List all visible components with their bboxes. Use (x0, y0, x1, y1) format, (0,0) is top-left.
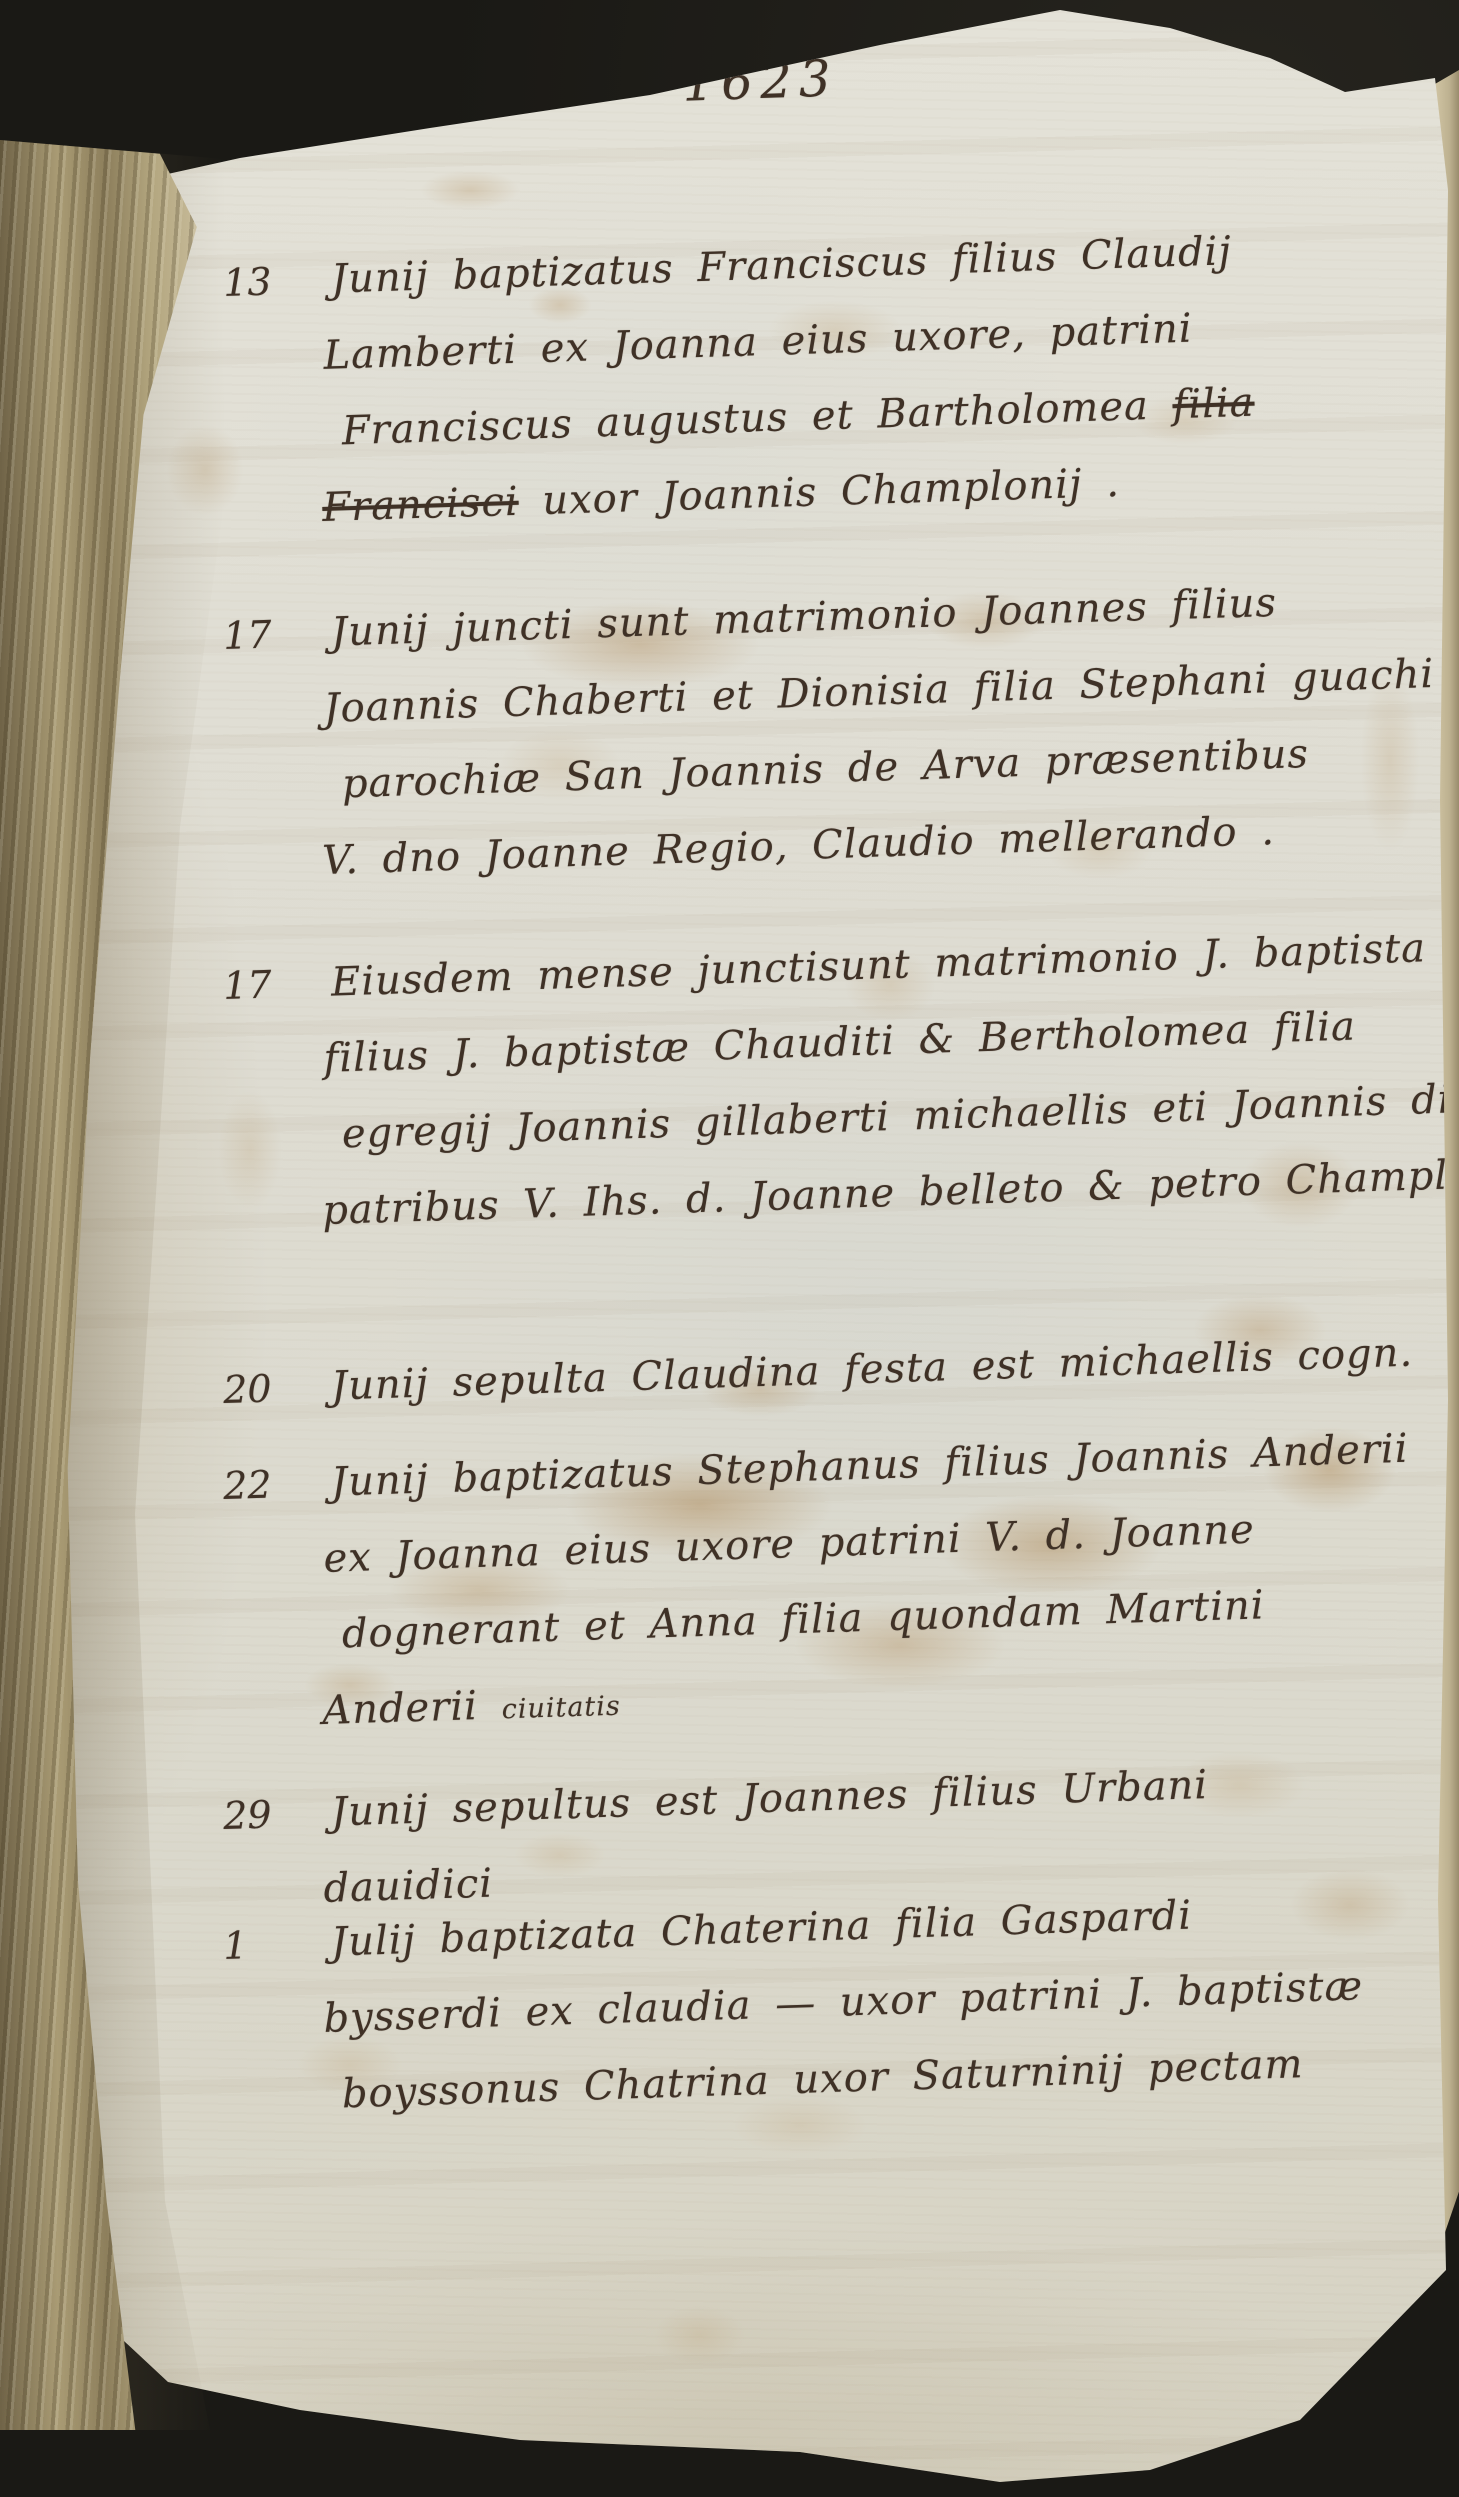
handwritten-text: Junij juncti sunt matrimonio Joannes fil… (330, 580, 1277, 656)
struck-through-text: filia (1172, 380, 1255, 429)
handwritten-text: Lamberti ex Joanna eius uxore, patrini (323, 306, 1193, 379)
entry-day-number: 20 (222, 1349, 316, 1428)
register-entry: 17Eiusdem mense junctisunt matrimonio J.… (222, 909, 1459, 1252)
entry-text-lines: Junij baptizatus Stephanus filius Joanni… (330, 1409, 1459, 1749)
entry-day-number: 17 (222, 945, 324, 1252)
handwritten-text: Franciscus augustus et Bartholomea (341, 382, 1173, 454)
entry-day-number: 17 (222, 595, 324, 902)
entry-line: Junij sepulta Claudina festa est michael… (330, 1313, 1459, 1425)
handwritten-text: ex Joanna eius uxore patrini V. d. Joann… (323, 1507, 1256, 1582)
register-entry: 13Junij baptizatus Franciscus filius Cla… (222, 206, 1459, 549)
entry-text-lines: Junij juncti sunt matrimonio Joannes fil… (330, 559, 1459, 899)
register-entry: 1Julij baptizata Chaterina filia Gaspard… (222, 1869, 1459, 2136)
handwritten-text: Junij baptizatus Franciscus filius Claud… (330, 228, 1232, 302)
handwritten-text: Anderii (322, 1682, 503, 1734)
entry-day-number: 22 (222, 1445, 324, 1752)
struck-through-text: Francisci (322, 479, 520, 531)
register-entry: 20Junij sepulta Claudina festa est micha… (222, 1313, 1459, 1428)
entry-text-lines: Julij baptizata Chaterina filia Gaspardi… (330, 1869, 1459, 2133)
handwritten-text: dognerant et Anna filia quondam Martini (341, 1582, 1265, 1657)
entry-day-number: 1 (222, 1905, 321, 2136)
handwritten-text: Junij sepulta Claudina festa est michael… (330, 1330, 1413, 1410)
entry-text-lines: Junij baptizatus Franciscus filius Claud… (330, 206, 1459, 546)
entry-text-lines: Junij sepulta Claudina festa est michael… (330, 1313, 1459, 1425)
handwritten-text: Junij sepultus est Joannes filius Urbani (330, 1762, 1208, 1836)
manuscript-scan: 1623 13Junij baptizatus Franciscus filiu… (0, 0, 1459, 2497)
handwritten-text: Julij baptizata Chaterina filia Gaspardi (330, 1893, 1192, 1966)
register-entry: 22Junij baptizatus Stephanus filius Joan… (222, 1409, 1459, 1752)
entry-text-lines: Eiusdem mense junctisunt matrimonio J. b… (330, 909, 1459, 1249)
handwritten-text: boyssonus Chatrina uxor Saturninij pecta… (341, 2041, 1304, 2117)
handwritten-text: ciuitatis (501, 1691, 621, 1726)
register-entry: 17Junij juncti sunt matrimonio Joannes f… (222, 559, 1459, 902)
handwritten-text: V. dno Joanne Regio, Claudio mellerando … (322, 808, 1276, 884)
handwritten-text: uxor Joannis Champlonij . (518, 460, 1121, 525)
